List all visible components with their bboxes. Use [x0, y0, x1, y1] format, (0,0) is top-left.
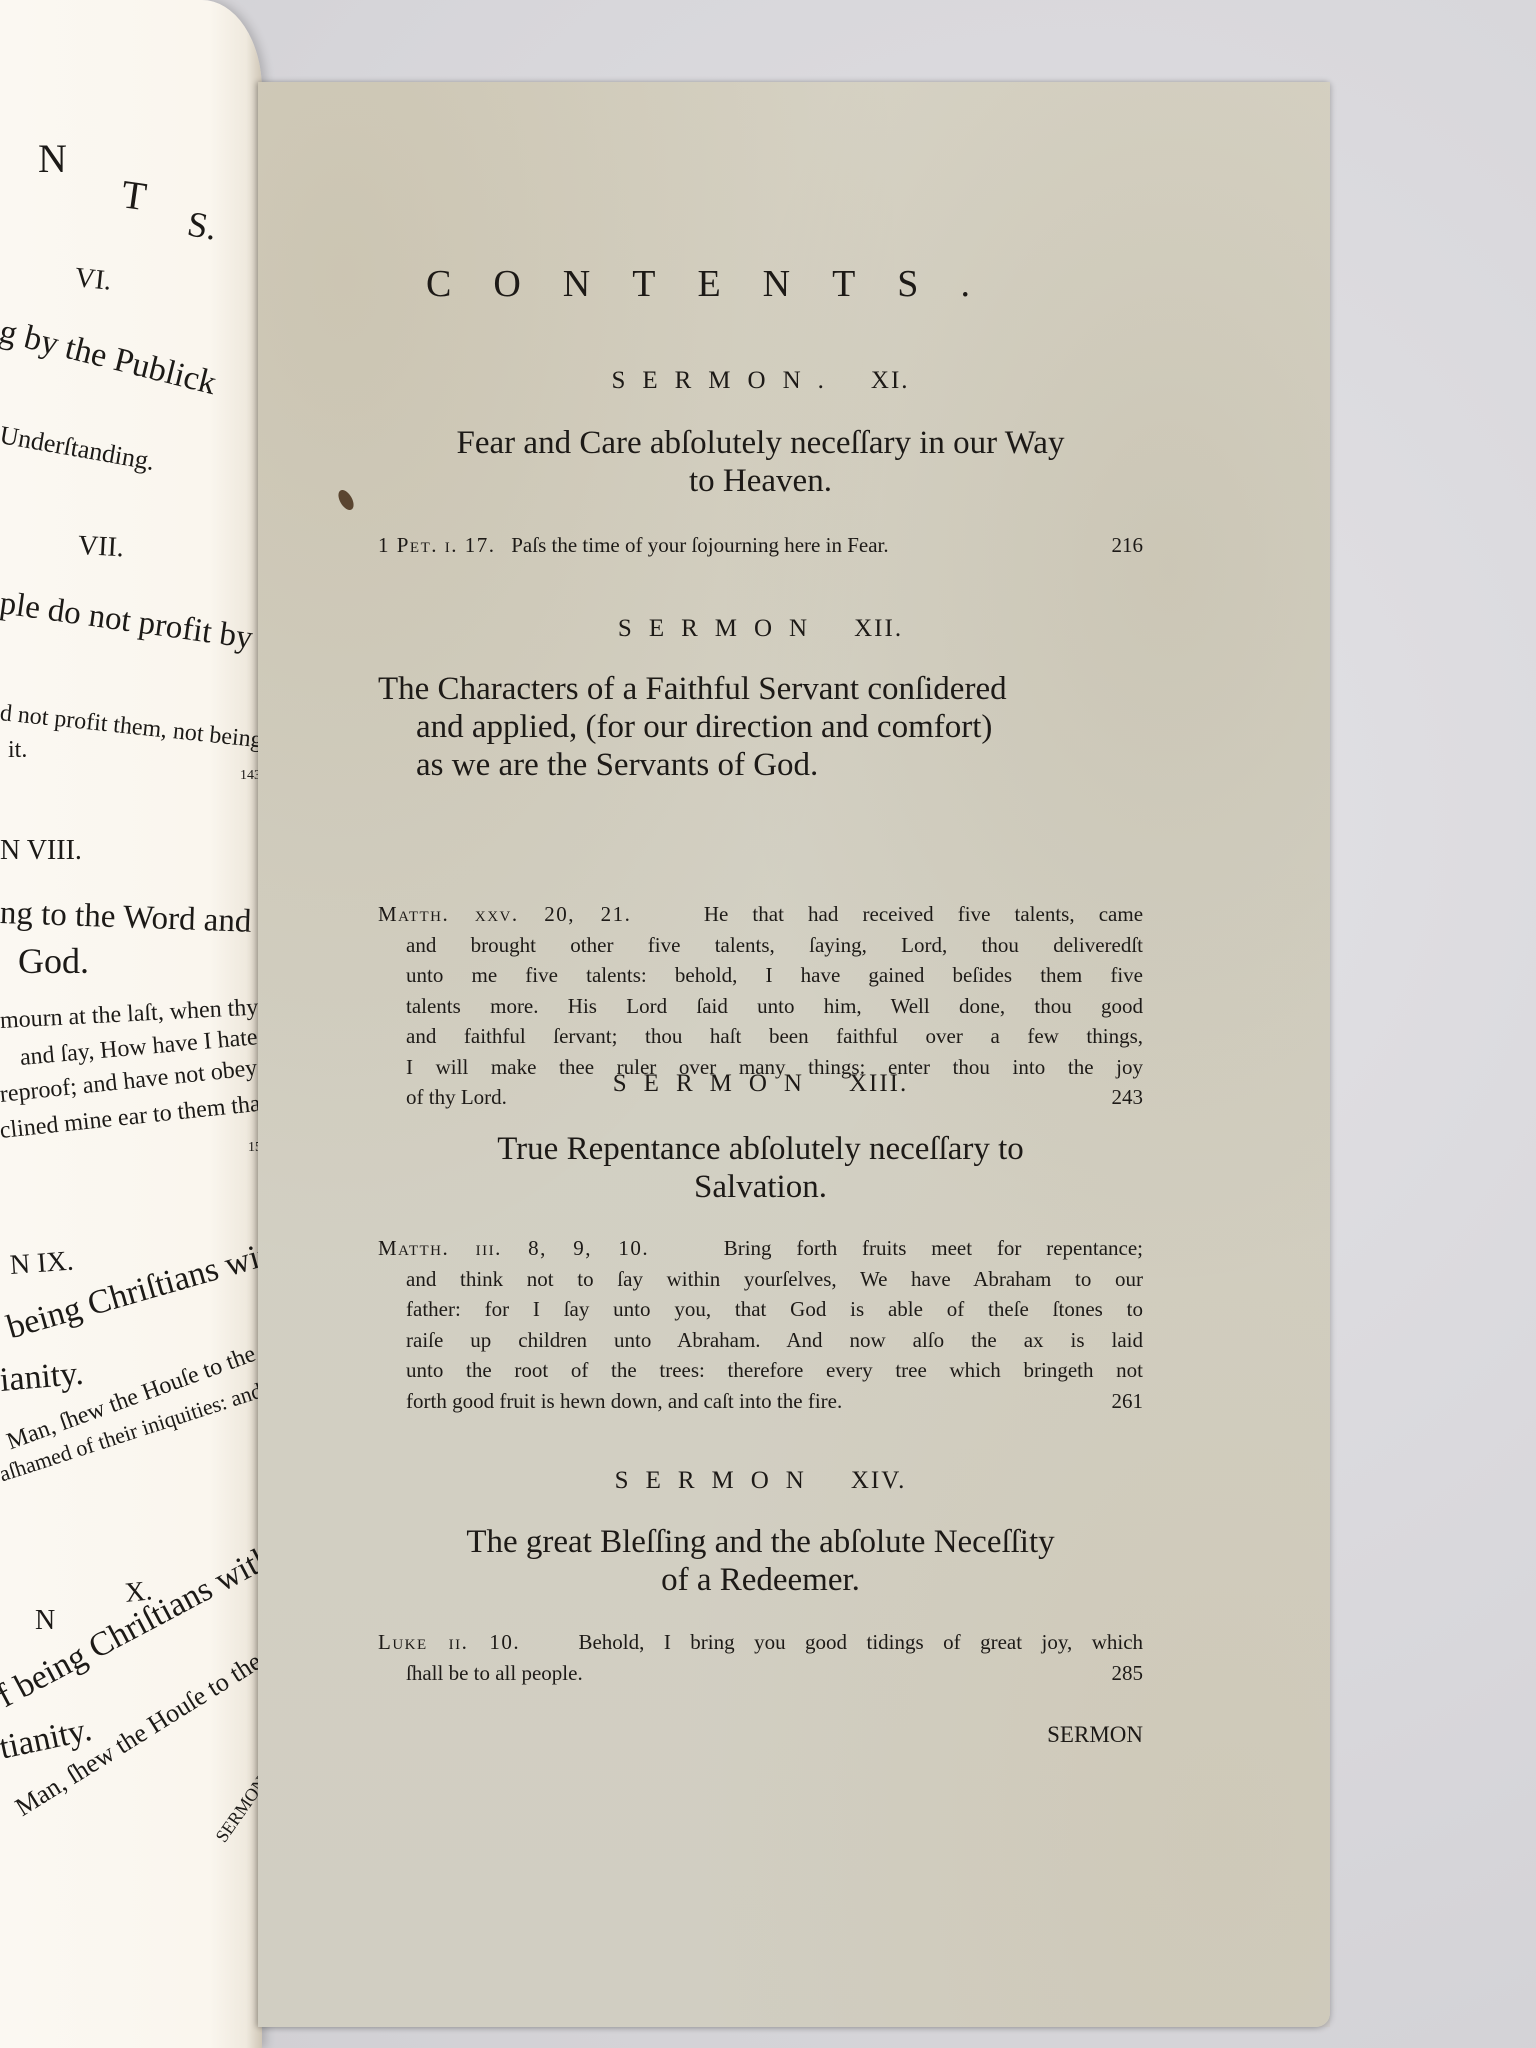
text-line: Luke ii. 10. Behold, I bring you good ti… — [378, 1627, 1143, 1658]
text-line: and faithful ſervant; thou haſt been fai… — [378, 1021, 1143, 1052]
scripture-reference: 1 Pet. i. 17. — [378, 533, 496, 557]
text-line: unto the root of the trees: therefore ev… — [378, 1355, 1143, 1386]
text-line: unto me five talents: behold, I have gai… — [378, 960, 1143, 991]
left-page-text-fragment: N IX. — [9, 1246, 75, 1282]
page-number: 216 — [1112, 530, 1144, 561]
left-page-text-fragment: ple do not profit by — [0, 585, 255, 657]
left-page: N T S. VI.g by the PublickUnderſtanding.… — [0, 0, 262, 2048]
left-page-text-fragment: N — [35, 1605, 55, 1637]
left-page-text-fragment: being Chriſtians with- — [3, 1228, 262, 1347]
left-heading-letter: N — [38, 135, 67, 182]
page-number: 285 — [1112, 1658, 1144, 1689]
title-line: as we are the Servants of God. — [378, 746, 1143, 784]
text-line: talents more. His Lord ſaid unto him, We… — [378, 991, 1143, 1022]
ink-stain — [335, 487, 356, 512]
left-page-text-fragment: Underſtanding. — [0, 420, 157, 477]
text-line: ſhall be to all people.285 — [378, 1658, 1143, 1689]
title-line: of a Redeemer. — [378, 1561, 1143, 1599]
sermon-label: SERMON — [615, 1467, 821, 1494]
text-line: Matth. iii. 8, 9, 10. Bring forth fruits… — [378, 1233, 1143, 1264]
scripture-text: father: for I ſay unto you, that God is … — [406, 1297, 1143, 1321]
sermon-number: XIV. — [851, 1467, 906, 1494]
sermon-text-xiv: Luke ii. 10. Behold, I bring you good ti… — [378, 1627, 1143, 1688]
text-line: forth good fruit is hewn down, and caſt … — [378, 1386, 1143, 1417]
page-number: 261 — [1112, 1386, 1144, 1417]
sermon-number: XIII. — [849, 1070, 908, 1097]
title-line: and applied, (for our direction and comf… — [378, 708, 1143, 746]
sermon-title-xiii: True Repentance abſolutely neceſſary to … — [378, 1130, 1143, 1206]
sermon-title-xii: The Characters of a Faithful Servant con… — [378, 670, 1143, 784]
catchword: SERMON — [1047, 1722, 1143, 1748]
left-heading-letter: S. — [184, 202, 220, 248]
scripture-reference: Matth. xxv. 20, 21. — [378, 902, 631, 926]
title-line: to Heaven. — [378, 462, 1143, 500]
left-page-text-fragment: d not profit them, not being — [0, 700, 262, 754]
sermon-text-xiii: Matth. iii. 8, 9, 10. Bring forth fruits… — [378, 1233, 1143, 1416]
text-line: Matth. xxv. 20, 21. He that had received… — [378, 899, 1143, 930]
title-line: The great Bleſſing and the abſolute Nece… — [378, 1523, 1143, 1561]
title-line: True Repentance abſolutely neceſſary to — [378, 1130, 1143, 1168]
left-page-text-fragment: g by the Publick — [0, 313, 220, 404]
scripture-text: ſhall be to all people. — [406, 1661, 583, 1685]
left-page-text-fragment: VI. — [73, 262, 113, 298]
scripture-text: and brought other five talents, ſaying, … — [406, 933, 1143, 957]
text-line: father: for I ſay unto you, that God is … — [378, 1294, 1143, 1325]
scripture-text: and think not to ſay within yourſelves, … — [406, 1267, 1143, 1291]
sermon-heading-xii: SERMONXII. — [378, 615, 1143, 643]
scripture-text: unto the root of the trees: therefore ev… — [406, 1358, 1143, 1382]
scripture-text: Bring forth fruits meet for repentance; — [724, 1236, 1143, 1260]
sermon-heading-xiii: SERMONXIII. — [378, 1070, 1143, 1098]
left-page-text-fragment: God. — [18, 940, 89, 982]
page-title: CONTENTS. — [378, 262, 1226, 306]
sermon-title-xiv: The great Bleſſing and the abſolute Nece… — [378, 1523, 1143, 1599]
sermon-title-xi: Fear and Care abſolutely neceſſary in ou… — [378, 424, 1143, 500]
left-page-text-fragment: ng to the Word and — [0, 895, 252, 941]
sermon-heading-xi: SERMON.XI. — [378, 367, 1143, 395]
sermon-number: XI. — [871, 367, 910, 394]
text-line: and think not to ſay within yourſelves, … — [378, 1264, 1143, 1295]
sermon-text-xi: 1 Pet. i. 17. Paſs the time of your ſojo… — [378, 530, 1143, 561]
title-line: Salvation. — [378, 1168, 1143, 1206]
scripture-reference: Luke ii. 10. — [378, 1630, 520, 1654]
left-heading-letter: T — [119, 170, 150, 220]
scripture-reference: Matth. iii. 8, 9, 10. — [378, 1236, 649, 1260]
scripture-text: Paſs the time of your ſojourning here in… — [511, 533, 888, 557]
scripture-text: Behold, I bring you good tidings of grea… — [578, 1630, 1143, 1654]
scripture-text: unto me five talents: behold, I have gai… — [406, 963, 1143, 987]
scripture-text: He that had received five talents, came — [704, 902, 1143, 926]
sermon-label: SERMON — [618, 615, 824, 642]
scripture-text: forth good fruit is hewn down, and caſt … — [406, 1389, 842, 1413]
title-line: Fear and Care abſolutely neceſſary in ou… — [378, 424, 1143, 462]
left-page-text-fragment: it. — [8, 737, 27, 764]
sermon-number: XII. — [854, 615, 903, 642]
left-page-text-fragment: SERMON — [211, 1773, 262, 1846]
contents-page: CONTENTS. SERMON.XI. Fear and Care abſol… — [258, 82, 1330, 2027]
text-line: and brought other five talents, ſaying, … — [378, 930, 1143, 961]
left-page-text-fragment: ianity. — [0, 1355, 85, 1400]
left-page-text-fragment: N VIII. — [0, 835, 82, 867]
scripture-text: raiſe up children unto Abraham. And now … — [406, 1328, 1143, 1352]
sermon-heading-xiv: SERMONXIV. — [378, 1467, 1143, 1495]
text-line: raiſe up children unto Abraham. And now … — [378, 1325, 1143, 1356]
sermon-label: SERMON — [613, 1070, 819, 1097]
scripture-text: talents more. His Lord ſaid unto him, We… — [406, 994, 1143, 1018]
text-line: 1 Pet. i. 17. Paſs the time of your ſojo… — [378, 530, 1143, 561]
scripture-text: and faithful ſervant; thou haſt been fai… — [406, 1024, 1143, 1048]
left-page-text-fragment: VII. — [77, 530, 124, 564]
sermon-label: SERMON. — [611, 367, 840, 394]
title-line: The Characters of a Faithful Servant con… — [378, 670, 1143, 708]
